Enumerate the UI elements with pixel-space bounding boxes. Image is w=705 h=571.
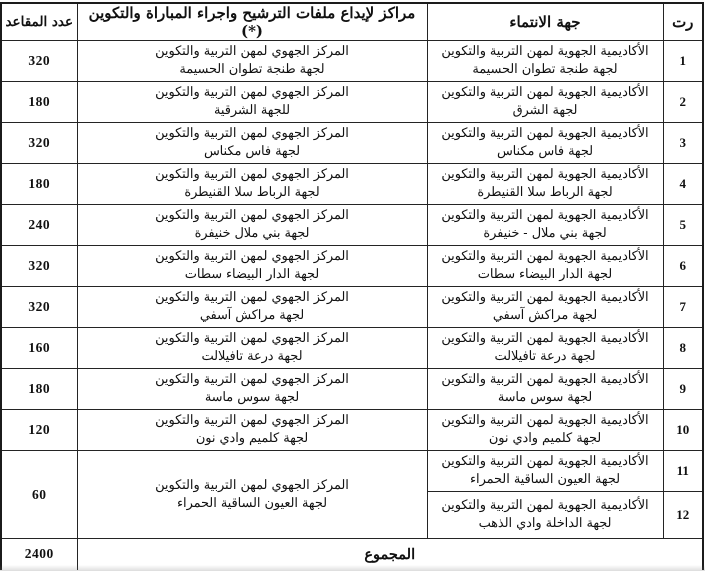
affiliation-cell: الأكاديمية الجهوية لمهن التربية والتكوين… xyxy=(427,246,663,287)
table-row: 7 الأكاديمية الجهوية لمهن التربية والتكو… xyxy=(1,287,703,328)
rank-cell: 8 xyxy=(663,328,703,369)
seats-cell: 320 xyxy=(1,287,77,328)
center-cell: المركز الجهوي لمهن التربية والتكوين للجه… xyxy=(77,82,427,123)
affiliation-cell: الأكاديمية الجهوية لمهن التربية والتكوين… xyxy=(427,410,663,451)
rank-cell: 9 xyxy=(663,369,703,410)
affiliation-cell: الأكاديمية الجهوية لمهن التربية والتكوين… xyxy=(427,164,663,205)
seats-cell: 120 xyxy=(1,410,77,451)
rank-cell: 4 xyxy=(663,164,703,205)
center-line2: لجهة بني ملال خنيفرة xyxy=(78,225,427,243)
affiliation-cell: الأكاديمية الجهوية لمهن التربية والتكوين… xyxy=(427,41,663,82)
total-row: المجموع 2400 xyxy=(1,539,703,570)
seats-cell-merged: 60 xyxy=(1,451,77,539)
center-line1: المركز الجهوي لمهن التربية والتكوين xyxy=(78,289,427,307)
affiliation-cell: الأكاديمية الجهوية لمهن التربية والتكوين… xyxy=(427,205,663,246)
center-line1: المركز الجهوي لمهن التربية والتكوين xyxy=(78,166,427,184)
table-row: 3 الأكاديمية الجهوية لمهن التربية والتكو… xyxy=(1,123,703,164)
seats-cell: 180 xyxy=(1,164,77,205)
center-line1: المركز الجهوي لمهن التربية والتكوين xyxy=(78,412,427,430)
affiliation-line2: لجهة فاس مكناس xyxy=(428,143,663,161)
affiliation-line2: لجهة الدار البيضاء سطات xyxy=(428,266,663,284)
affiliation-line2: لجهة الداخلة وادي الذهب xyxy=(428,515,663,533)
header-rank: رت xyxy=(663,3,703,41)
affiliation-line1: الأكاديمية الجهوية لمهن التربية والتكوين xyxy=(428,330,663,348)
rank-cell: 5 xyxy=(663,205,703,246)
center-line1: المركز الجهوي لمهن التربية والتكوين xyxy=(78,207,427,225)
exam-centers-table: رت جهة الانتماء مراكز لإيداع ملفات الترش… xyxy=(0,2,704,570)
rank-cell: 1 xyxy=(663,41,703,82)
center-line1: المركز الجهوي لمهن التربية والتكوين xyxy=(78,84,427,102)
center-line2: لجهة طنجة تطوان الحسيمة xyxy=(78,61,427,79)
rank-cell: 12 xyxy=(663,492,703,539)
affiliation-line2: لجهة الرباط سلا القنيطرة xyxy=(428,184,663,202)
table-header-row: رت جهة الانتماء مراكز لإيداع ملفات الترش… xyxy=(1,3,703,41)
seats-cell: 240 xyxy=(1,205,77,246)
center-cell-merged: المركز الجهوي لمهن التربية والتكوين لجهة… xyxy=(77,451,427,539)
center-line2: لجهة فاس مكناس xyxy=(78,143,427,161)
center-cell: المركز الجهوي لمهن التربية والتكوين لجهة… xyxy=(77,205,427,246)
affiliation-line1: الأكاديمية الجهوية لمهن التربية والتكوين xyxy=(428,248,663,266)
center-line1: المركز الجهوي لمهن التربية والتكوين xyxy=(78,371,427,389)
affiliation-cell: الأكاديمية الجهوية لمهن التربية والتكوين… xyxy=(427,492,663,539)
center-line2: لجهة العيون الساقية الحمراء xyxy=(78,495,427,513)
rank-cell: 7 xyxy=(663,287,703,328)
affiliation-line2: لجهة بني ملال - خنيفرة xyxy=(428,225,663,243)
table-row: 10 الأكاديمية الجهوية لمهن التربية والتك… xyxy=(1,410,703,451)
total-seats: 2400 xyxy=(1,539,77,570)
table-row: 11 الأكاديمية الجهوية لمهن التربية والتك… xyxy=(1,451,703,492)
center-cell: المركز الجهوي لمهن التربية والتكوين لجهة… xyxy=(77,41,427,82)
affiliation-line1: الأكاديمية الجهوية لمهن التربية والتكوين xyxy=(428,412,663,430)
affiliation-line1: الأكاديمية الجهوية لمهن التربية والتكوين xyxy=(428,289,663,307)
center-line2: لجهة الرباط سلا القنيطرة xyxy=(78,184,427,202)
affiliation-line1: الأكاديمية الجهوية لمهن التربية والتكوين xyxy=(428,453,663,471)
table-row: 5 الأكاديمية الجهوية لمهن التربية والتكو… xyxy=(1,205,703,246)
rank-cell: 11 xyxy=(663,451,703,492)
table-row: 4 الأكاديمية الجهوية لمهن التربية والتكو… xyxy=(1,164,703,205)
rank-cell: 3 xyxy=(663,123,703,164)
center-cell: المركز الجهوي لمهن التربية والتكوين لجهة… xyxy=(77,246,427,287)
center-line1: المركز الجهوي لمهن التربية والتكوين xyxy=(78,330,427,348)
seats-cell: 160 xyxy=(1,328,77,369)
table-row: 8 الأكاديمية الجهوية لمهن التربية والتكو… xyxy=(1,328,703,369)
center-cell: المركز الجهوي لمهن التربية والتكوين لجهة… xyxy=(77,164,427,205)
center-line1: المركز الجهوي لمهن التربية والتكوين xyxy=(78,248,427,266)
table-row: 1 الأكاديمية الجهوية لمهن التربية والتكو… xyxy=(1,41,703,82)
center-line2: لجهة درعة تافيلالت xyxy=(78,348,427,366)
rank-cell: 2 xyxy=(663,82,703,123)
table-row: 6 الأكاديمية الجهوية لمهن التربية والتكو… xyxy=(1,246,703,287)
seats-cell: 180 xyxy=(1,369,77,410)
affiliation-line1: الأكاديمية الجهوية لمهن التربية والتكوين xyxy=(428,166,663,184)
rank-cell: 6 xyxy=(663,246,703,287)
table-row: 9 الأكاديمية الجهوية لمهن التربية والتكو… xyxy=(1,369,703,410)
center-cell: المركز الجهوي لمهن التربية والتكوين لجهة… xyxy=(77,287,427,328)
center-line2: لجهة كلميم وادي نون xyxy=(78,430,427,448)
seats-cell: 180 xyxy=(1,82,77,123)
affiliation-line2: لجهة سوس ماسة xyxy=(428,389,663,407)
seats-cell: 320 xyxy=(1,123,77,164)
center-line2: لجهة مراكش آسفي xyxy=(78,307,427,325)
affiliation-line2: لجهة كلميم وادي نون xyxy=(428,430,663,448)
header-centers: مراكز لإيداع ملفات الترشيح واجراء المبار… xyxy=(77,3,427,41)
center-line1: المركز الجهوي لمهن التربية والتكوين xyxy=(78,43,427,61)
affiliation-line2: لجهة طنجة تطوان الحسيمة xyxy=(428,61,663,79)
table-row: 2 الأكاديمية الجهوية لمهن التربية والتكو… xyxy=(1,82,703,123)
affiliation-cell: الأكاديمية الجهوية لمهن التربية والتكوين… xyxy=(427,451,663,492)
affiliation-line1: الأكاديمية الجهوية لمهن التربية والتكوين xyxy=(428,497,663,515)
affiliation-cell: الأكاديمية الجهوية لمهن التربية والتكوين… xyxy=(427,82,663,123)
affiliation-line2: لجهة الشرق xyxy=(428,102,663,120)
scanned-document-page: رت جهة الانتماء مراكز لإيداع ملفات الترش… xyxy=(0,0,705,571)
center-cell: المركز الجهوي لمهن التربية والتكوين لجهة… xyxy=(77,123,427,164)
affiliation-line1: الأكاديمية الجهوية لمهن التربية والتكوين xyxy=(428,371,663,389)
total-label: المجموع xyxy=(77,539,703,570)
seats-cell: 320 xyxy=(1,41,77,82)
affiliation-cell: الأكاديمية الجهوية لمهن التربية والتكوين… xyxy=(427,123,663,164)
center-cell: المركز الجهوي لمهن التربية والتكوين لجهة… xyxy=(77,328,427,369)
affiliation-cell: الأكاديمية الجهوية لمهن التربية والتكوين… xyxy=(427,369,663,410)
rank-cell: 10 xyxy=(663,410,703,451)
affiliation-line1: الأكاديمية الجهوية لمهن التربية والتكوين xyxy=(428,207,663,225)
seats-cell: 320 xyxy=(1,246,77,287)
center-cell: المركز الجهوي لمهن التربية والتكوين لجهة… xyxy=(77,369,427,410)
center-line1: المركز الجهوي لمهن التربية والتكوين xyxy=(78,477,427,495)
header-affiliation: جهة الانتماء xyxy=(427,3,663,41)
center-line1: المركز الجهوي لمهن التربية والتكوين xyxy=(78,125,427,143)
affiliation-line1: الأكاديمية الجهوية لمهن التربية والتكوين xyxy=(428,125,663,143)
affiliation-line1: الأكاديمية الجهوية لمهن التربية والتكوين xyxy=(428,84,663,102)
header-seats: عدد المقاعد xyxy=(1,3,77,41)
affiliation-line1: الأكاديمية الجهوية لمهن التربية والتكوين xyxy=(428,43,663,61)
affiliation-line2: لجهة العيون الساقية الحمراء xyxy=(428,471,663,489)
affiliation-line2: لجهة مراكش آسفي xyxy=(428,307,663,325)
center-line2: لجهة سوس ماسة xyxy=(78,389,427,407)
affiliation-cell: الأكاديمية الجهوية لمهن التربية والتكوين… xyxy=(427,287,663,328)
affiliation-line2: لجهة درعة تافيلالت xyxy=(428,348,663,366)
affiliation-cell: الأكاديمية الجهوية لمهن التربية والتكوين… xyxy=(427,328,663,369)
center-line2: للجهة الشرقية xyxy=(78,102,427,120)
center-line2: لجهة الدار البيضاء سطات xyxy=(78,266,427,284)
center-cell: المركز الجهوي لمهن التربية والتكوين لجهة… xyxy=(77,410,427,451)
